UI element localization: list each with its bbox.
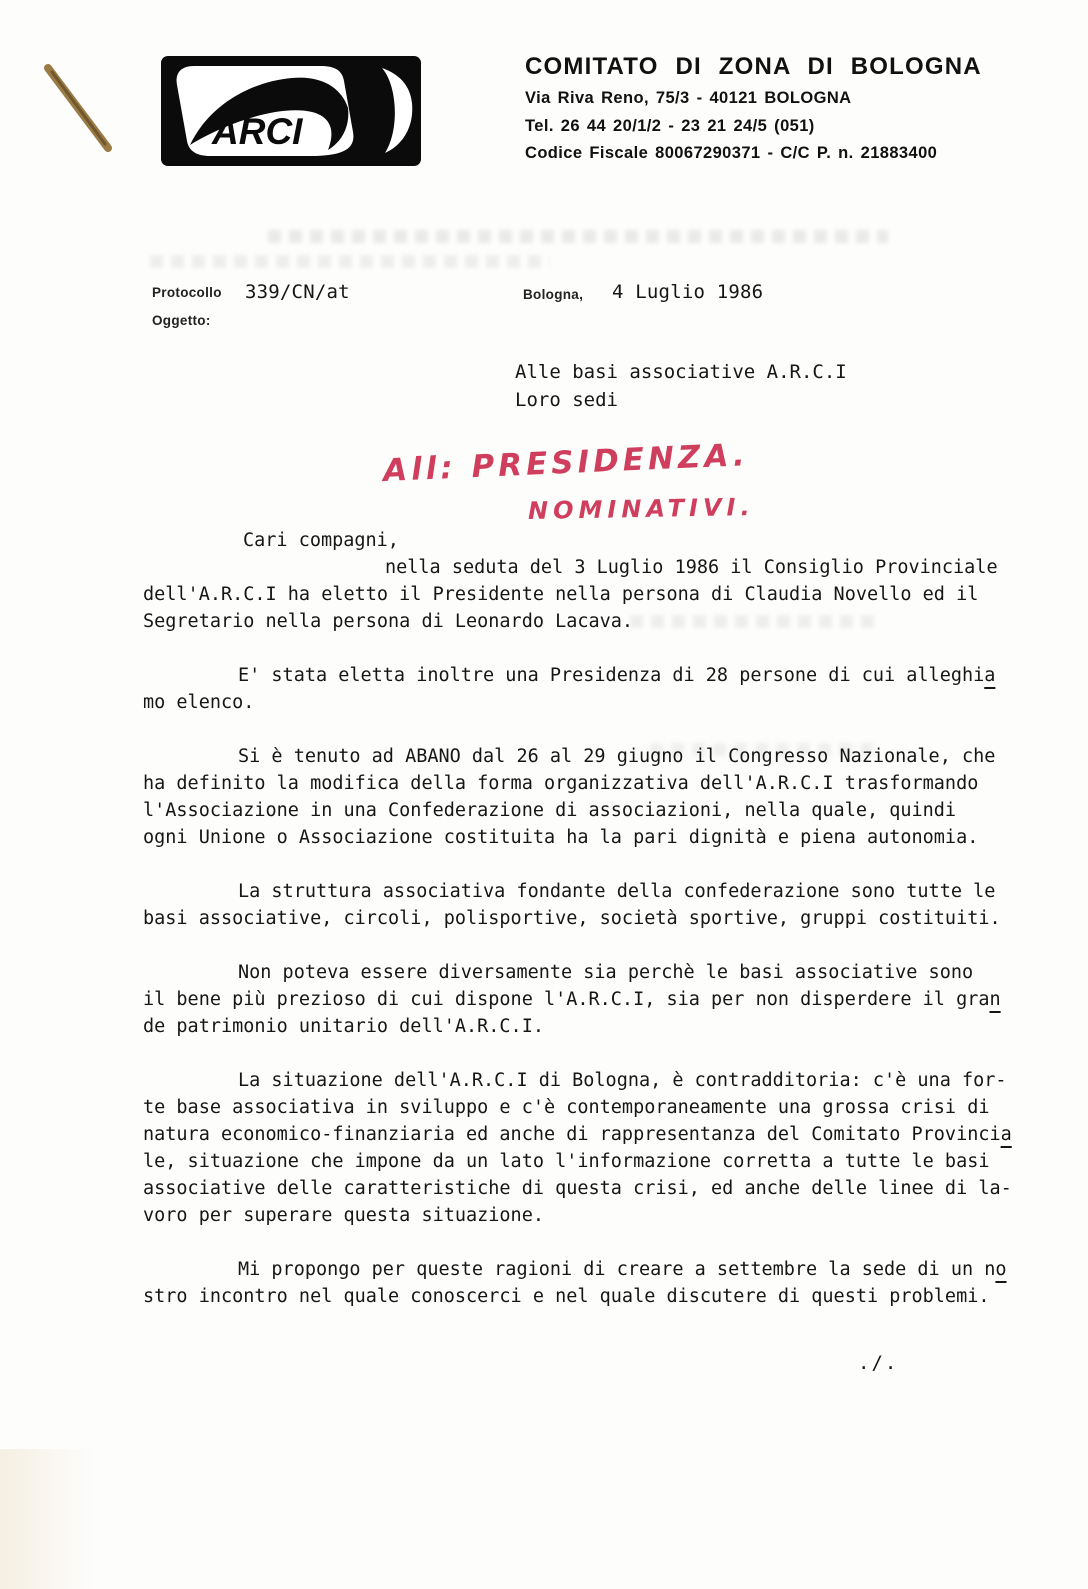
- paragraph: Si è tenuto ad ABANO dal 26 al 29 giugno…: [143, 743, 1003, 851]
- text-line: nella seduta del 3 Luglio 1986 il Consig…: [143, 554, 1003, 581]
- underlined-char: n: [989, 989, 1000, 1010]
- letter-date: 4 Luglio 1986: [612, 281, 763, 303]
- text-line: dell'A.R.C.I ha eletto il Presidente nel…: [143, 581, 1003, 608]
- rusty-staple-core: [52, 72, 105, 144]
- text-line: stro incontro nel quale conoscerci e nel…: [143, 1283, 1003, 1310]
- text-line: Non poteva essere diversamente sia perch…: [143, 959, 1003, 986]
- text-line: le, situazione che impone da un lato l'i…: [143, 1148, 1003, 1175]
- continuation-mark: ./.: [858, 1352, 898, 1374]
- paragraph: Cari compagni,nella seduta del 3 Luglio …: [143, 527, 1003, 635]
- recipient-line-2: Loro sedi: [515, 386, 847, 414]
- text-line: mo elenco.: [143, 689, 1003, 716]
- org-name: COMITATO DI ZONA DI BOLOGNA: [525, 55, 1045, 79]
- handwritten-annotation-line-2: NOMINATIVI.: [528, 493, 755, 525]
- paragraph: La situazione dell'A.R.C.I di Bologna, è…: [143, 1067, 1003, 1229]
- bleedthrough-smudge: [150, 255, 550, 268]
- paragraph: E' stata eletta inoltre una Presidenza d…: [143, 662, 1003, 716]
- org-phone: Tel. 26 44 20/1/2 - 23 21 24/5 (051): [525, 118, 1045, 135]
- rusty-staple-mark: [48, 68, 108, 148]
- org-address: Via Riva Reno, 75/3 - 40121 BOLOGNA: [525, 90, 1045, 107]
- org-fiscal: Codice Fiscale 80067290371 - C/C P. n. 2…: [525, 145, 1045, 162]
- paragraph: La struttura associativa fondante della …: [143, 878, 1003, 932]
- bleedthrough-smudge: [268, 230, 888, 243]
- text-line: E' stata eletta inoltre una Presidenza d…: [143, 662, 1003, 689]
- protocollo-label: Protocollo: [152, 285, 222, 300]
- underlined-char: a: [1001, 1124, 1012, 1145]
- text-line: de patrimonio unitario dell'A.R.C.I.: [143, 1013, 1003, 1040]
- text-line: l'Associazione in una Confederazione di …: [143, 797, 1003, 824]
- letterhead: COMITATO DI ZONA DI BOLOGNA Via Riva Ren…: [525, 55, 1045, 162]
- text-line: Mi propongo per queste ragioni di creare…: [143, 1256, 1003, 1283]
- text-line: natura economico-finanziaria ed anche di…: [143, 1121, 1003, 1148]
- text-line: Segretario nella persona di Leonardo Lac…: [143, 608, 1003, 635]
- logo-arci-text: ARCI: [211, 111, 303, 152]
- arci-logo: ARCI: [160, 55, 422, 167]
- recipient-block: Alle basi associative A.R.C.I Loro sedi: [515, 358, 847, 414]
- scanned-letter-page: ARCI COMITATO DI ZONA DI BOLOGNA Via Riv…: [0, 0, 1088, 1589]
- paragraph: Non poteva essere diversamente sia perch…: [143, 959, 1003, 1040]
- text-line: Cari compagni,: [143, 527, 1003, 554]
- recipient-line-1: Alle basi associative A.R.C.I: [515, 358, 847, 386]
- text-line: il bene più prezioso di cui dispone l'A.…: [143, 986, 1003, 1013]
- letter-body: Cari compagni,nella seduta del 3 Luglio …: [143, 527, 1003, 1337]
- place-label: Bologna,: [523, 287, 583, 302]
- underlined-char: o: [995, 1259, 1006, 1280]
- underlined-char: a: [984, 665, 995, 686]
- paragraph: Mi propongo per queste ragioni di creare…: [143, 1256, 1003, 1310]
- text-line: Si è tenuto ad ABANO dal 26 al 29 giugno…: [143, 743, 1003, 770]
- handwritten-annotation-line-1: All: PRESIDENZA.: [382, 437, 749, 489]
- text-line: associative delle caratteristiche di que…: [143, 1175, 1003, 1202]
- text-line: ha definito la modifica della forma orga…: [143, 770, 1003, 797]
- oggetto-label: Oggetto:: [152, 313, 211, 328]
- page-edge-shadow: [0, 1449, 95, 1589]
- text-line: basi associative, circoli, polisportive,…: [143, 905, 1003, 932]
- text-line: ogni Unione o Associazione costituita ha…: [143, 824, 1003, 851]
- text-line: te base associativa in sviluppo e c'è co…: [143, 1094, 1003, 1121]
- text-line: La situazione dell'A.R.C.I di Bologna, è…: [143, 1067, 1003, 1094]
- text-line: voro per superare questa situazione.: [143, 1202, 1003, 1229]
- text-line: La struttura associativa fondante della …: [143, 878, 1003, 905]
- protocollo-value: 339/CN/at: [245, 281, 350, 303]
